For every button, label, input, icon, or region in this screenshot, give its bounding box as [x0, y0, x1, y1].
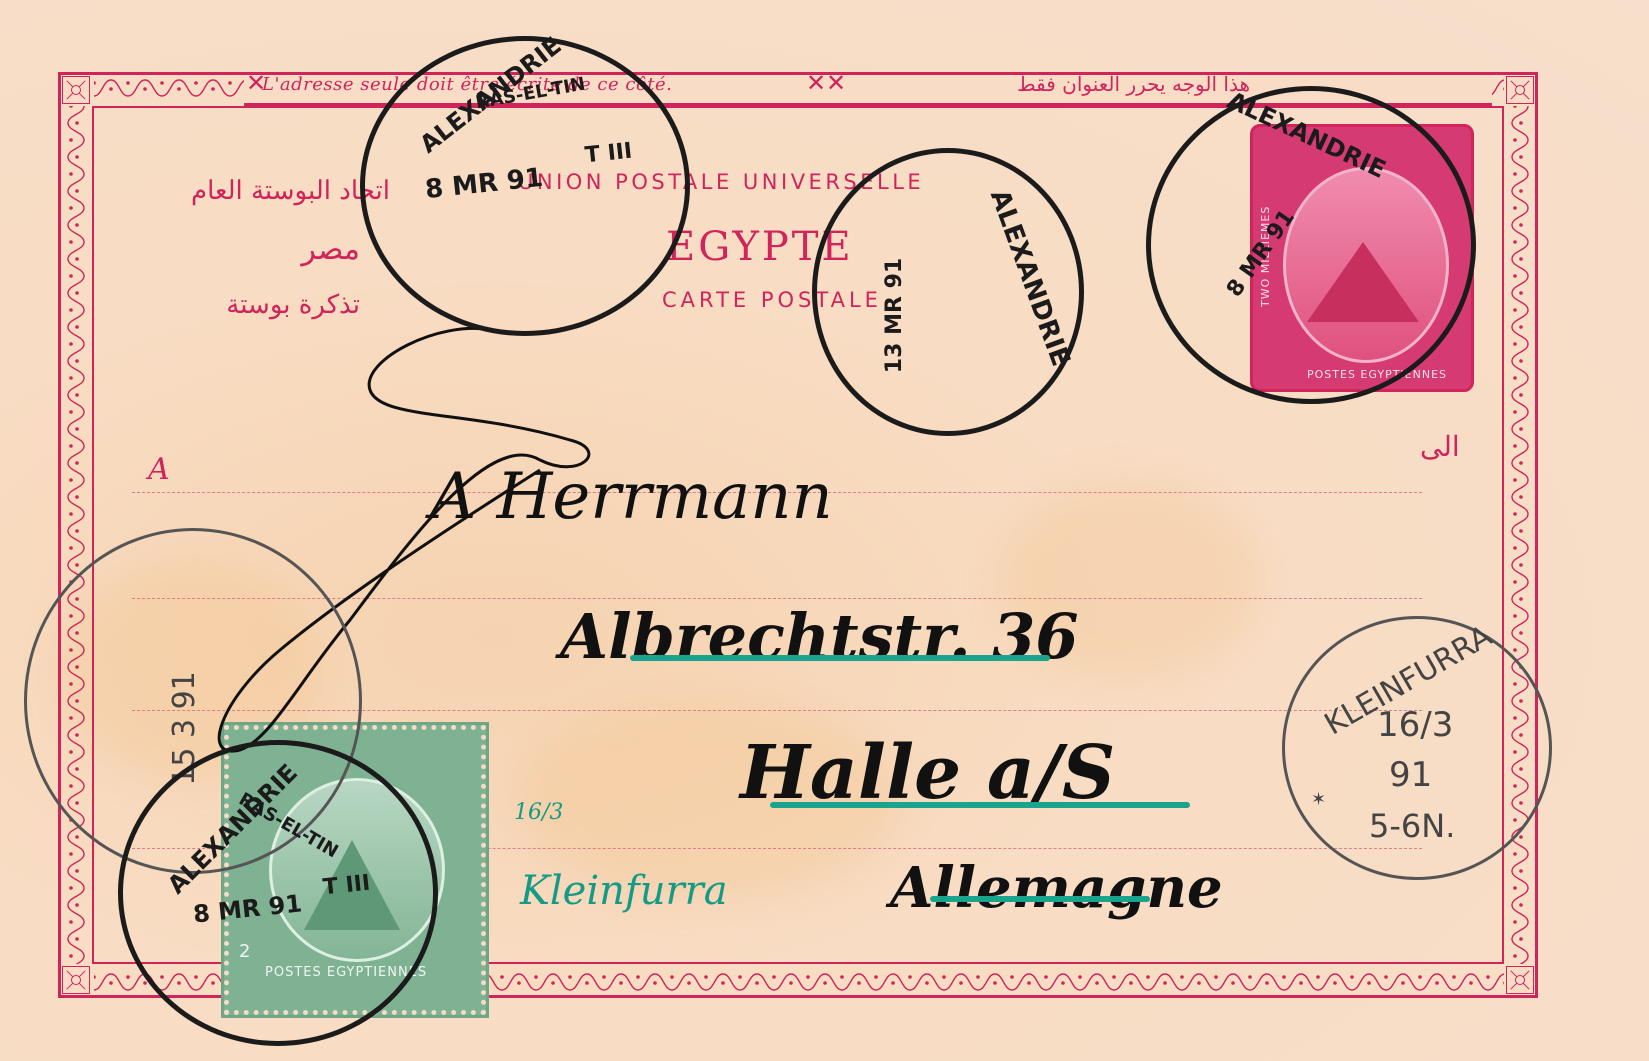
arabic-country-heading: مصر	[150, 232, 360, 267]
redirect-place: Kleinfurra	[520, 868, 728, 914]
strikethrough-country	[930, 896, 1150, 902]
corner-ornament	[62, 76, 90, 104]
postmark-alexandrie-on-stamp: ALEXANDRIE RAS-EL-TIN 8 MR 91 T III	[118, 740, 438, 1046]
arabic-upu-heading: اتحاد البوستة العام	[150, 176, 390, 206]
corner-ornament	[1506, 76, 1534, 104]
redirect-date: 16/3	[514, 800, 563, 825]
arabic-card-type-heading: تذكرة بوستة	[150, 290, 360, 320]
corner-ornament	[62, 966, 90, 994]
cross-ornament-icon: ✕	[806, 69, 826, 97]
address-side-note-ar: هذا الوجه يحرر العنوان فقط	[870, 72, 1250, 96]
postmark-alexandrie-transit: ALEXANDRIE 13 MR 91	[812, 148, 1084, 436]
recipient-country: Allemagne	[890, 855, 1223, 921]
recipient-street: Albrechtstr. 36	[560, 600, 1079, 673]
postmark-kleinfurra: KLEINFURRA 16/3 91 5-6N. ✶	[1282, 616, 1552, 880]
recipient-name: A Herrmann	[430, 460, 833, 534]
corner-ornament	[1506, 966, 1534, 994]
address-prefix-ar: الى	[1420, 430, 1460, 463]
strikethrough-street	[630, 655, 1050, 661]
strikethrough-city	[770, 802, 1190, 808]
postmark-alexandrie-top: ALEXANDRIE RAS-EL-TIN 8 MR 91 T III	[360, 36, 690, 336]
postmark-alexandrie-on-imprint: ALEXANDRIE 8 MR 91	[1146, 86, 1476, 404]
postcard: ✕ L'adresse seule doit être écrite de ce…	[0, 0, 1649, 1061]
star-icon: ✶	[1311, 789, 1326, 810]
cross-ornament-icon: ✕	[826, 69, 846, 97]
